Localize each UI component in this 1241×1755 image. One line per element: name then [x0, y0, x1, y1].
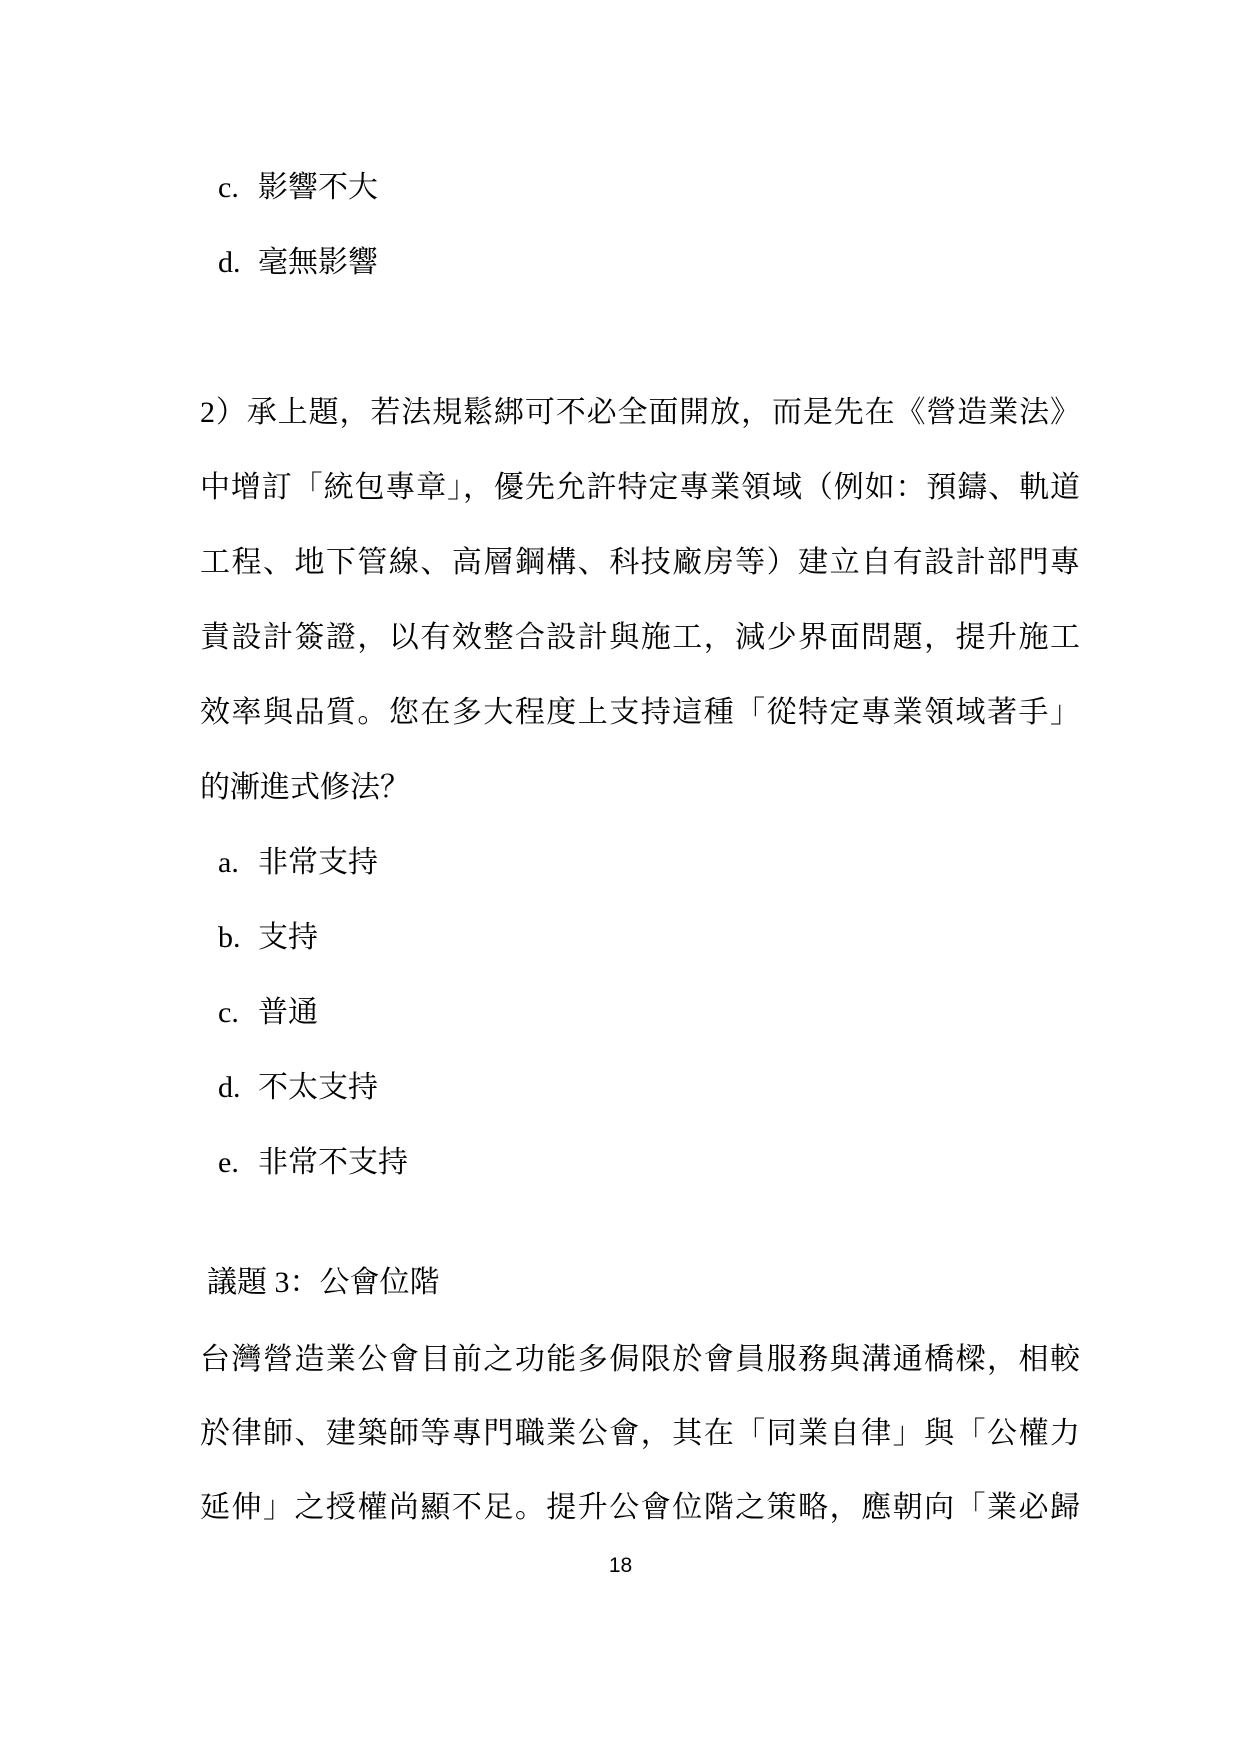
page-number: 18: [0, 1552, 1241, 1580]
option-text: 毫無影響: [258, 246, 378, 279]
option-letter: d.: [218, 225, 244, 300]
option-text: 不太支持: [258, 1071, 378, 1104]
prev-question-option-c: c.影響不大: [218, 150, 1098, 225]
option-letter: c.: [218, 975, 244, 1050]
option-text: 非常支持: [258, 846, 378, 879]
option-letter: a.: [218, 825, 244, 900]
option-text: 支持: [258, 921, 318, 954]
prev-question-option-d: d.毫無影響: [218, 225, 1098, 300]
question2-line-6: 的漸進式修法？: [200, 750, 1080, 825]
option-letter: d.: [218, 1050, 244, 1125]
question2-line-2: 中增訂「統包專章」，優先允許特定專業領域（例如：預鑄、軌道: [200, 450, 1080, 525]
question2-line-5: 效率與品質。您在多大程度上支持這種「從特定專業領域著手」: [200, 675, 1080, 750]
option-text: 影響不大: [258, 171, 378, 204]
question2-option-b: b.支持: [218, 900, 1098, 975]
topic3-line-2: 於律師、建築師等專門職業公會，其在「同業自律」與「公權力: [200, 1396, 1080, 1471]
question2-option-e: e.非常不支持: [218, 1125, 1098, 1200]
topic3-line-3: 延伸」之授權尚顯不足。提升公會位階之策略，應朝向「業必歸: [200, 1470, 1080, 1545]
topic3-line-1: 台灣營造業公會目前之功能多侷限於會員服務與溝通橋樑，相較: [200, 1322, 1080, 1397]
option-letter: e.: [218, 1125, 244, 1200]
option-text: 普通: [258, 996, 318, 1029]
question2-line-1: 2）承上題，若法規鬆綁可不必全面開放，而是先在《營造業法》: [200, 375, 1080, 450]
option-letter: b.: [218, 900, 244, 975]
question2-line-4: 責設計簽證，以有效整合設計與施工，減少界面問題，提升施工: [200, 600, 1080, 675]
question2-option-a: a.非常支持: [218, 825, 1098, 900]
topic3-heading: 議題 3：公會位階: [207, 1245, 1087, 1320]
option-letter: c.: [218, 150, 244, 225]
document-page: c.影響不大 d.毫無影響 2）承上題，若法規鬆綁可不必全面開放，而是先在《營造…: [0, 0, 1241, 1755]
question2-line-3: 工程、地下管線、高層鋼構、科技廠房等）建立自有設計部門專: [200, 525, 1080, 600]
option-text: 非常不支持: [258, 1146, 408, 1179]
question2-option-c: c.普通: [218, 975, 1098, 1050]
question2-option-d: d.不太支持: [218, 1050, 1098, 1125]
